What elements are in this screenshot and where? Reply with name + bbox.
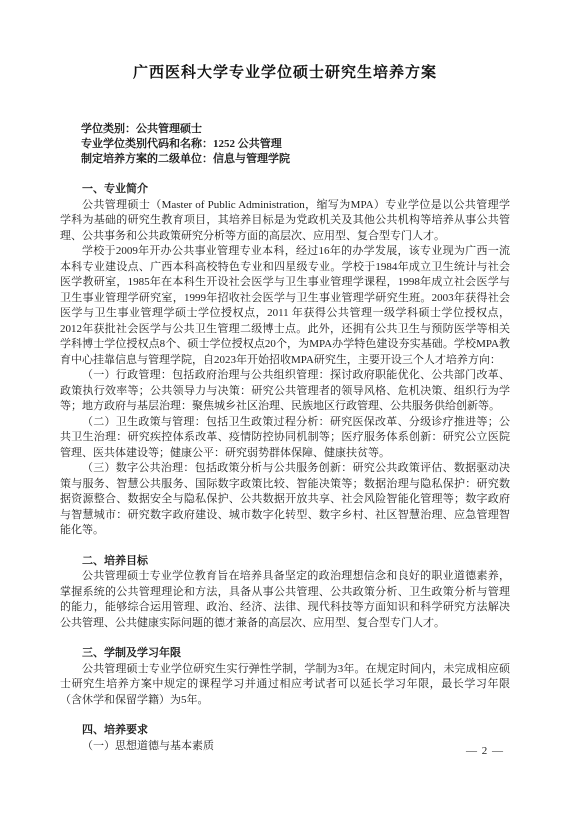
- section-profile: 一、专业简介 公共管理硕士（Master of Public Administr…: [60, 182, 510, 539]
- section-heading: 一、专业简介: [60, 182, 510, 198]
- page-title: 广西医科大学专业学位硕士研究生培养方案: [60, 62, 510, 84]
- meta-code-and-name: 专业学位类别代码和名称：1252 公共管理: [81, 137, 510, 152]
- page-number: — 2 —: [466, 744, 504, 759]
- meta-block: 学位类别：公共管理硕士 专业学位类别代码和名称：1252 公共管理 制定培养方案…: [81, 122, 510, 167]
- paragraph: 公共管理硕士（Master of Public Administration，缩…: [60, 198, 510, 245]
- meta-degree-category: 学位类别：公共管理硕士: [81, 122, 510, 137]
- paragraph: 公共管理硕士专业学位研究生实行弹性学制，学制为3年。在规定时间内，未完成相应硕士…: [60, 662, 510, 709]
- paragraph: （一）思想道德与基本素质: [60, 739, 510, 755]
- paragraph: （一）行政管理：包括政府治理与公共组织管理：探讨政府职能优化、公共部门改革、政策…: [60, 368, 510, 415]
- section-goals: 二、培养目标 公共管理硕士专业学位教育旨在培养具备坚定的政治理想信念和良好的职业…: [60, 554, 510, 632]
- paragraph: （二）卫生政策与管理：包括卫生政策过程分析：研究医保改革、分级诊疗推进等；公共卫…: [60, 415, 510, 462]
- document-page: 广西医科大学专业学位硕士研究生培养方案 学位类别：公共管理硕士 专业学位类别代码…: [0, 0, 570, 816]
- section-heading: 四、培养要求: [60, 723, 510, 739]
- section-heading: 三、学制及学习年限: [60, 646, 510, 662]
- section-heading: 二、培养目标: [60, 554, 510, 570]
- section-duration: 三、学制及学习年限 公共管理硕士专业学位研究生实行弹性学制，学制为3年。在规定时…: [60, 646, 510, 708]
- paragraph: 公共管理硕士专业学位教育旨在培养具备坚定的政治理想信念和良好的职业道德素养，掌握…: [60, 569, 510, 631]
- paragraph: 学校于2009年开办公共事业管理专业本科，经过16年的办学发展，该专业现为广西一…: [60, 244, 510, 368]
- meta-issuing-unit: 制定培养方案的二级单位：信息与管理学院: [81, 152, 510, 167]
- section-requirements: 四、培养要求 （一）思想道德与基本素质: [60, 723, 510, 754]
- paragraph: （三）数字公共治理：包括政策分析与公共服务创新：研究公共政策评估、数据驱动决策与…: [60, 461, 510, 539]
